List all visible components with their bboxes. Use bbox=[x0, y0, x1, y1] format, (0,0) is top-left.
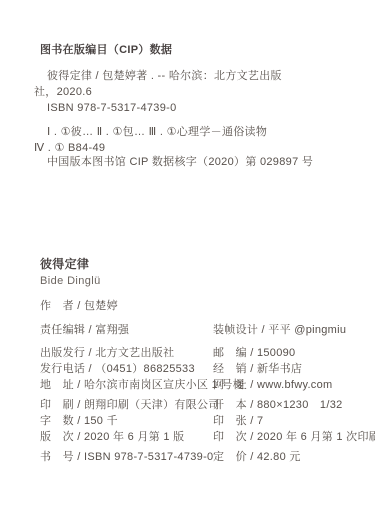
cip-entry-line1: 彼得定律 / 包楚婷著 . -- 哈尔滨：北方文艺出版 bbox=[47, 70, 282, 83]
publisher-line: 出版发行 / 北方文艺出版社 bbox=[40, 347, 174, 360]
copyright-page: 图书在版编目（CIP）数据 彼得定律 / 包楚婷著 . -- 哈尔滨：北方文艺出… bbox=[0, 0, 375, 505]
cip-entry-line2: 社，2020.6 bbox=[34, 86, 92, 99]
wordcount-line: 字 数 / 150 千 bbox=[40, 415, 118, 428]
book-title: 彼得定律 bbox=[40, 258, 89, 271]
website-line: 网 址 / www.bfwy.com bbox=[213, 379, 333, 392]
cip-classification-line1: Ⅰ . ①彼… Ⅱ . ①包… Ⅲ . ①心理学－通俗读物 bbox=[47, 126, 267, 139]
author-line: 作 者 / 包楚婷 bbox=[40, 300, 118, 313]
cip-header: 图书在版编目（CIP）数据 bbox=[40, 44, 172, 57]
book-number-line: 书 号 / ISBN 978-7-5317-4739-0 bbox=[40, 451, 213, 464]
cip-isbn: ISBN 978-7-5317-4739-0 bbox=[47, 102, 177, 115]
postcode-line: 邮 编 / 150090 bbox=[213, 347, 295, 360]
book-title-pinyin: Bide Dinglü bbox=[40, 275, 101, 288]
phone-line: 发行电话 / （0451）86825533 bbox=[40, 363, 195, 376]
cip-record-number: 中国版本图书馆 CIP 数据核字（2020）第 029897 号 bbox=[47, 156, 313, 169]
sheets-line: 印 张 / 7 bbox=[213, 415, 263, 428]
printer-line: 印 刷 / 朗翔印刷（天津）有限公司 bbox=[40, 399, 220, 412]
designer-line: 装帧设计 / 平平 @pingmiu bbox=[213, 324, 346, 337]
cip-classification-line2: Ⅳ . ① B84-49 bbox=[34, 142, 105, 155]
edition-line: 版 次 / 2020 年 6 月第 1 版 bbox=[40, 431, 184, 444]
price-line: 定 价 / 42.80 元 bbox=[213, 451, 301, 464]
impression-line: 印 次 / 2020 年 6 月第 1 次印刷 bbox=[213, 431, 375, 444]
distributor-line: 经 销 / 新华书店 bbox=[213, 363, 302, 376]
editor-line: 责任编辑 / 富翔强 bbox=[40, 324, 129, 337]
format-line: 开 本 / 880×1230 1/32 bbox=[213, 399, 343, 412]
